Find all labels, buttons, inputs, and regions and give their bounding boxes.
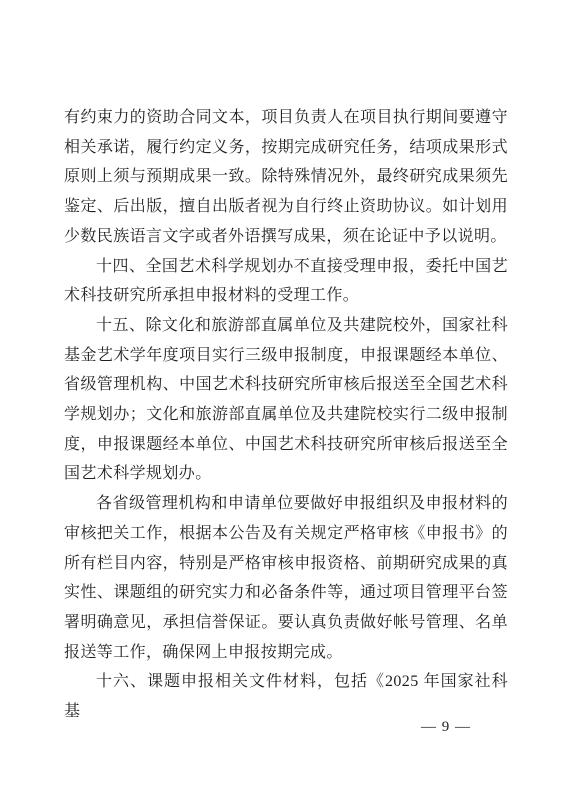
document-body: 有约束力的资助合同文本，项目负责人在项目执行期间要遵守相关承诺，履行约定义务，按…: [64, 103, 508, 727]
paragraph-review-requirements: 各省级管理机构和申请单位要做好申报组织及申报材料的审核把关工作，根据本公告及有关…: [64, 489, 508, 667]
paragraph-continuation: 有约束力的资助合同文本，项目负责人在项目执行期间要遵守相关承诺，履行约定义务，按…: [64, 103, 508, 252]
paragraph-item-14: 十四、全国艺术科学规划办不直接受理申报，委托中国艺术科技研究所承担申报材料的受理…: [64, 252, 508, 311]
document-page: 有约束力的资助合同文本，项目负责人在项目执行期间要遵守相关承诺，履行约定义务，按…: [0, 0, 568, 803]
paragraph-item-15: 十五、除文化和旅游部直属单位及共建院校外，国家社科基金艺术学年度项目实行三级申报…: [64, 311, 508, 489]
page-number: — 9 —: [421, 716, 471, 738]
